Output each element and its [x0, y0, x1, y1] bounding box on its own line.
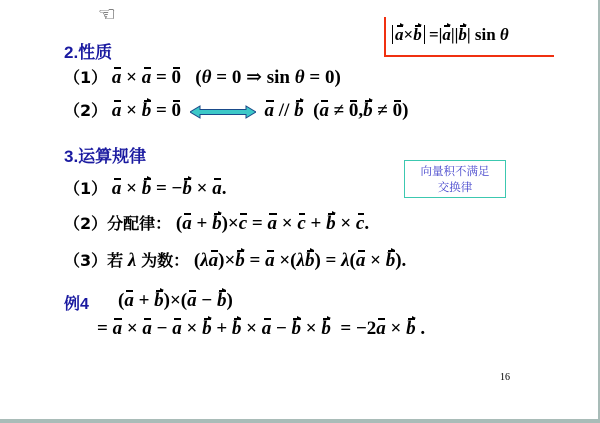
note-callout: 向量积不满足 交换律 [404, 160, 506, 198]
rule-2-prefix: 分配律： [107, 214, 171, 233]
example-label: 例4 [64, 291, 89, 314]
cross-product-magnitude-formula: a×b =|a||b| sin θ [384, 17, 554, 57]
property-1: （1） a × a = 0 (θ = 0 ⇒ sin θ = 0) [64, 65, 341, 89]
slide-bottom-border [0, 419, 600, 423]
properties-heading: 2.性质 [64, 38, 112, 63]
note-line-1: 向量积不满足 [405, 163, 505, 179]
rule-2: （2）分配律： (a + b)×c = a × c + b × c. [64, 211, 369, 235]
double-arrow-icon [190, 105, 256, 119]
rule-1: （1） a × b = −b × a. [64, 176, 226, 200]
page-number: 16 [500, 372, 510, 383]
pointing-hand-icon[interactable]: ☜ [98, 4, 116, 24]
example-line-2: = a × a − a × b + b × a − b × b = −2a × … [97, 318, 425, 340]
property-2: （2） a × b = 0 a // b (a ≠ 0,b ≠ 0) [64, 98, 408, 122]
rules-heading: 3.运算规律 [64, 142, 146, 167]
rule-3: （3）若 λ 为数： (λa)×b = a ×(λb) = λ(a × b). [64, 248, 406, 272]
note-line-2: 交换律 [405, 179, 505, 195]
example-line-1: (a + b)×(a − b) [118, 290, 233, 312]
